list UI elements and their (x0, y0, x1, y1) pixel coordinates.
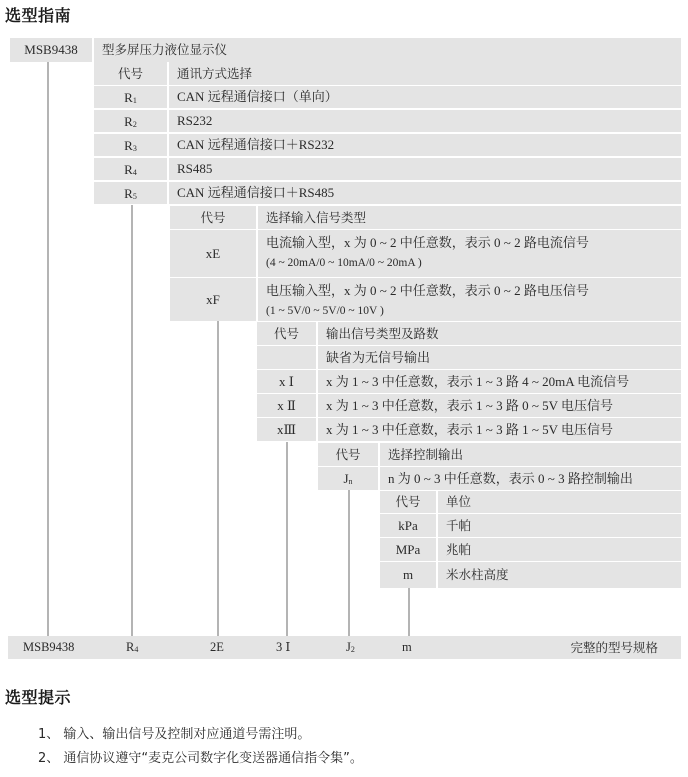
example-model-code: MSB9438 (23, 636, 74, 659)
example-input-code: 2E (210, 636, 224, 659)
control-header-label: 选择控制输出 (380, 443, 681, 466)
selection-tips-title: 选型提示 (5, 685, 71, 708)
example-unit-code: m (402, 636, 412, 659)
input-row-code: xE (170, 230, 256, 277)
control-header-code: 代号 (318, 443, 378, 466)
example-comm-code: R4 (126, 636, 138, 661)
communication-header-code: 代号 (94, 62, 167, 85)
unit-row-code: kPa (380, 514, 436, 537)
connector-line-unit (408, 588, 410, 636)
output-row-code: xⅢ (257, 418, 316, 441)
output-row-code: x Ⅱ (257, 394, 316, 417)
output-header-label: 输出信号类型及路数 (318, 322, 681, 345)
example-control-code: J2 (346, 636, 355, 661)
communication-row-description: RS232 (169, 110, 681, 132)
input-row-code: xF (170, 278, 256, 321)
model-description-cell: 型多屏压力液位显示仪 (94, 38, 681, 62)
connector-line-communication (131, 205, 133, 636)
connector-line-output (286, 442, 288, 636)
control-row-code: Jn (318, 467, 378, 490)
control-row-description: n 为 0 ~ 3 中任意数，表示 0 ~ 3 路控制输出 (380, 467, 681, 490)
connector-line-input (217, 321, 219, 636)
input-row-description: 电流输入型，x 为 0 ~ 2 中任意数，表示 0 ~ 2 路电流信号 (4 ~… (258, 230, 681, 277)
input-header-label: 选择输入信号类型 (258, 206, 681, 229)
communication-row-code: R1 (94, 86, 167, 108)
input-row-description: 电压输入型，x 为 0 ~ 2 中任意数，表示 0 ~ 2 路电压信号 (1 ~… (258, 278, 681, 321)
communication-row-code: R5 (94, 182, 167, 204)
model-code-cell: MSB9438 (10, 38, 92, 62)
output-row-description: 缺省为无信号输出 (318, 346, 681, 369)
output-row-description: x 为 1 ~ 3 中任意数，表示 1 ~ 3 路 1 ~ 5V 电压信号 (318, 418, 681, 441)
communication-row-description: CAN 远程通信接口（单向） (169, 86, 681, 108)
unit-header-code: 代号 (380, 491, 436, 513)
selection-guide-title: 选型指南 (5, 3, 71, 26)
communication-row-description: CAN 远程通信接口＋RS232 (169, 134, 681, 156)
output-row-code (257, 346, 316, 369)
unit-row-code: MPa (380, 538, 436, 561)
communication-row-code: R2 (94, 110, 167, 132)
input-header-code: 代号 (170, 206, 256, 229)
tips-list: 1、 输入、输出信号及控制对应通道号需注明。 2、 通信协议遵守“麦克公司数字化… (38, 723, 363, 771)
connector-line-model (47, 62, 49, 636)
unit-row-description: 兆帕 (438, 538, 681, 561)
connector-line-control (348, 490, 350, 636)
output-row-description: x 为 1 ~ 3 中任意数，表示 1 ~ 3 路 4 ~ 20mA 电流信号 (318, 370, 681, 393)
tip-item: 2、 通信协议遵守“麦克公司数字化变送器通信指令集”。 (38, 747, 363, 771)
communication-row-code: R3 (94, 134, 167, 156)
unit-row-description: 米水柱高度 (438, 562, 681, 588)
communication-header-label: 通讯方式选择 (169, 62, 681, 85)
communication-row-description: CAN 远程通信接口＋RS485 (169, 182, 681, 204)
unit-row-code: m (380, 562, 436, 588)
unit-header-label: 单位 (438, 491, 681, 513)
output-header-code: 代号 (257, 322, 316, 345)
output-row-description: x 为 1 ~ 3 中任意数，表示 1 ~ 3 路 0 ~ 5V 电压信号 (318, 394, 681, 417)
output-row-code: x Ⅰ (257, 370, 316, 393)
example-output-code: 3 Ⅰ (276, 636, 290, 659)
example-label: 完整的型号规格 (570, 636, 658, 659)
tip-item: 1、 输入、输出信号及控制对应通道号需注明。 (38, 723, 363, 747)
communication-row-description: RS485 (169, 158, 681, 180)
unit-row-description: 千帕 (438, 514, 681, 537)
example-model-bar: MSB9438 R4 2E 3 Ⅰ J2 m 完整的型号规格 (8, 636, 681, 659)
communication-row-code: R4 (94, 158, 167, 180)
